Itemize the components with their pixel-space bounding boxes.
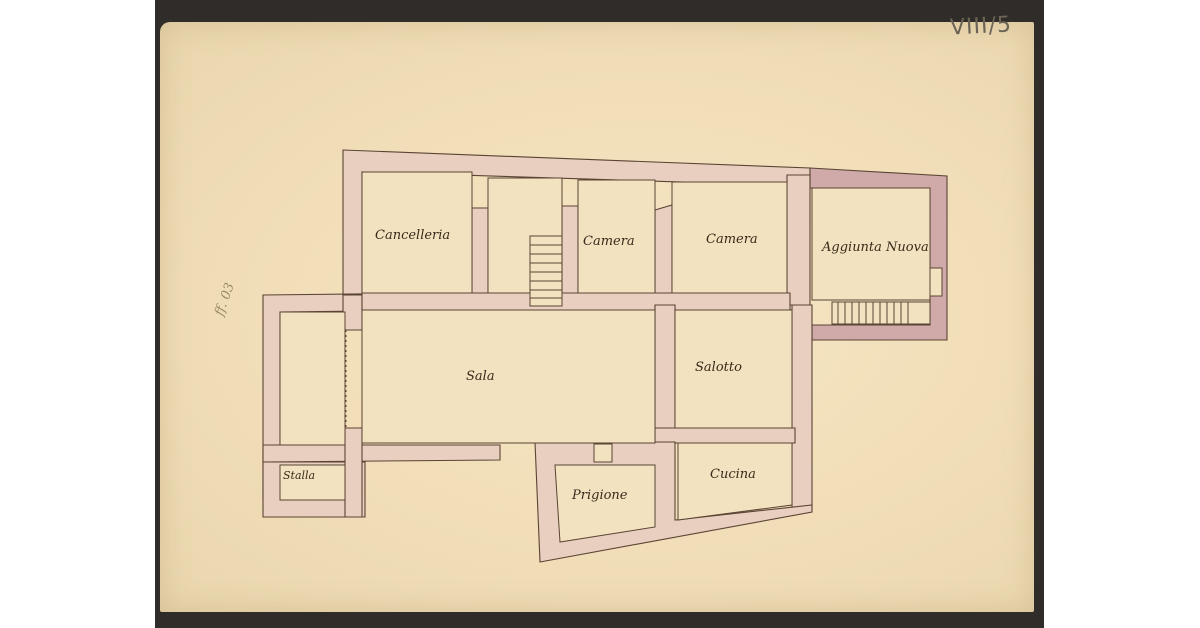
aggiunta-fireplace: [930, 268, 942, 296]
label-prigione: Prigione: [572, 488, 628, 503]
floor-plan: [0, 0, 1200, 628]
main-staircase: [530, 236, 562, 306]
wall-stair-west: [472, 208, 488, 295]
wall-partition-west: [343, 295, 362, 330]
label-camera-1: Camera: [583, 234, 635, 249]
label-cancelleria: Cancelleria: [375, 228, 450, 243]
wall-salotto-south: [655, 428, 795, 443]
room-west: [280, 312, 345, 445]
label-stalla: Stalla: [283, 469, 315, 482]
label-salotto: Salotto: [695, 360, 742, 375]
label-sala: Sala: [466, 369, 495, 384]
wall-salotto-east: [792, 305, 812, 510]
label-camera-2: Camera: [706, 232, 758, 247]
label-cucina: Cucina: [710, 467, 756, 482]
wall-camera-divider: [655, 205, 672, 295]
wall-upper-south: [362, 293, 790, 310]
wall-stair-east: [562, 206, 578, 295]
label-aggiunta: Aggiunta Nuova: [822, 240, 929, 255]
room-sala: [362, 310, 655, 443]
dotted-opening: [346, 330, 362, 428]
wall-partition-west-lower: [345, 428, 362, 517]
addition-staircase: [832, 302, 930, 324]
wall-salotto-west: [655, 305, 675, 440]
wall-sala-south: [263, 445, 500, 462]
prigione-door: [594, 444, 612, 462]
wall-camera-east: [787, 175, 810, 305]
